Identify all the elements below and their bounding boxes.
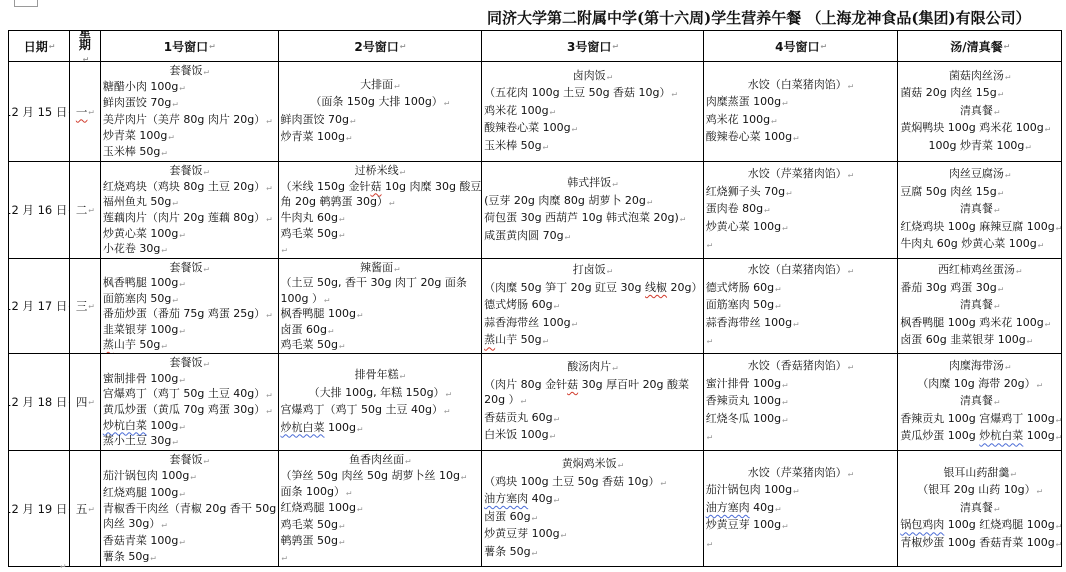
menu-cell: 过桥米线↵（米线 150g 金针菇 10g 肉糜 30g 酸豆角 20g 鹌鹑蛋… (278, 161, 482, 258)
return-mark: ↵ (646, 197, 652, 207)
return-mark: ↵ (781, 415, 787, 425)
menu-cell: 韩式拌饭↵(豆芽 20g 肉糜 80g 胡萝卜 20g↵荷包蛋 30g 西葫芦 … (481, 161, 703, 258)
menu-text: 100g ） (281, 292, 323, 305)
menu-line: 玉米棒 50g↵ (103, 144, 276, 160)
menu-text: 蒸 (484, 333, 495, 346)
menu-line: 菌菇肉丝汤↵ (900, 68, 1059, 86)
menu-cell: 水饺（白菜猪肉馅）↵德式烤肠 60g↵面筋塞肉 50g↵蒜香海带丝 100g↵↵ (703, 258, 898, 353)
return-mark: ↵ (208, 41, 214, 51)
menu-text: 酸辣卷心菜 100g (484, 121, 570, 134)
return-mark: ↵ (847, 362, 853, 372)
menu-cell: 水饺（芹菜猪肉馅）↵红烧狮子头 70g↵蛋肉卷 80g↵炒黄心菜 100g↵↵ (703, 161, 898, 258)
menu-text: （五花肉 100g 土豆 50g 香菇 10g） (484, 86, 670, 99)
return-mark: ↵ (671, 89, 677, 99)
return-mark: ↵ (393, 264, 399, 274)
menu-text: 排骨年糕 (355, 368, 399, 381)
menu-text: 水饺（白菜猪肉馅） (748, 263, 847, 276)
menu-text: 银耳山药甜羹 (943, 466, 1009, 479)
return-mark: ↵ (606, 72, 612, 82)
menu-line: 炒杭白菜 100g↵ (103, 418, 276, 434)
return-mark: ↵ (82, 54, 88, 61)
menu-text: 韩式拌饭 (567, 176, 611, 189)
menu-text: 山芋 50g (114, 338, 160, 351)
menu-line: 100g 炒青菜 100g↵ (900, 138, 1059, 156)
menu-line: 香菇青菜 100g↵ (103, 533, 276, 549)
menu-text: 套餐饭 (169, 261, 202, 274)
menu-line: 水饺（芹菜猪肉馅）↵ (706, 166, 896, 184)
return-mark: ↵ (1004, 170, 1010, 180)
menu-line: 牛肉丸 60g↵ (281, 210, 480, 226)
return-mark: ↵ (178, 326, 184, 336)
return-mark: ↵ (338, 521, 344, 531)
menu-text: 100g (1023, 429, 1054, 442)
menu-text: 白米饭 100g (484, 428, 548, 441)
header-label: 4号窗口 (775, 38, 819, 55)
return-mark: ↵ (792, 319, 798, 329)
menu-line: （笋丝 50g 肉丝 50g 胡萝卜丝 10g↵ (281, 468, 480, 484)
return-mark: ↵ (87, 205, 93, 215)
menu-text: 蜜制排骨 100g (103, 372, 178, 385)
menu-line: （大排 100g, 年糕 150g）↵ (281, 385, 480, 403)
menu-line: 红烧鸡腿 100g↵ (103, 485, 276, 501)
page-title: 同济大学第二附属中学(第十六周)学生营养午餐 （上海龙神食品(集团)有限公司） (487, 7, 1031, 28)
return-mark: ↵ (202, 167, 208, 177)
menu-line: 黄焖鸭块 100g 鸡米花 100g↵ (900, 120, 1059, 138)
return-mark: ↵ (160, 245, 166, 255)
header-label: 2号窗口 (354, 38, 398, 55)
menu-text: 炒黄心菜 100g (103, 227, 178, 240)
menu-text: 10g 肉糜 30g 酸豆 (381, 180, 481, 193)
menu-line: 卤蛋 60g 韭菜银芽 100g↵ (900, 332, 1059, 350)
return-mark: ↵ (189, 472, 195, 482)
return-mark: ↵ (997, 284, 1003, 294)
return-mark: ↵ (60, 561, 65, 571)
menu-text: 角 20g 鹌鹑蛋 30g） (281, 195, 388, 208)
menu-text: 大排面 (360, 78, 393, 91)
menu-text: 黄焖鸡米饭 (562, 457, 617, 470)
menu-line: 排骨年糕↵ (281, 367, 480, 385)
menu-line: 茄汁锅包肉 100g↵ (706, 482, 896, 500)
menu-line: 炒青菜 100g↵ (281, 129, 480, 147)
return-mark: ↵ (1055, 432, 1061, 442)
header-label: 1号窗口 (164, 38, 208, 55)
menu-line: 茄汁锅包肉 100g↵ (103, 468, 276, 484)
menu-text: 鲜肉蛋饺 70g (281, 113, 349, 126)
return-mark: ↵ (327, 326, 333, 336)
menu-text: 100g (147, 419, 178, 432)
menu-text: 荷包蛋 30g 西葫芦 10g 韩式泡菜 20g) (484, 211, 679, 224)
menu-text: 蒸 (103, 338, 114, 351)
menu-line: ↵ (706, 236, 896, 254)
menu-cell: 西红柿鸡丝蛋汤↵番茄 30g 鸡蛋 30g↵清真餐↵枫香鸭腿 100g 鸡米花 … (897, 258, 1061, 353)
menu-text: 肉丝豆腐汤 (949, 167, 1004, 180)
menu-line: 鸡毛菜 50g↵ (281, 337, 480, 353)
menu-text: 美芹肉片（美芹 80g 肉片 20g） (103, 113, 265, 126)
menu-line: 炒青菜 100g↵ (103, 128, 276, 144)
menu-line: 炒黄豆芽 100g↵ (484, 526, 701, 544)
menu-line: 卤肉饭↵ (484, 68, 701, 86)
menu-cell: 肉丝豆腐汤↵豆腐 50g 肉丝 15g↵清真餐↵红烧鸡块 100g 麻辣豆腐 1… (897, 161, 1061, 258)
menu-text: 面筋塞肉 50g (706, 298, 774, 311)
weekday-cell: 五↵ (69, 450, 100, 566)
return-mark: ↵ (443, 98, 449, 108)
menu-line: 大排面↵ (281, 77, 480, 95)
menu-text: 鸡米花 100g (484, 104, 548, 117)
return-mark: ↵ (345, 133, 351, 143)
menu-line: 鲜肉蛋饺 70g↵ (281, 112, 480, 130)
menu-text: 黄焖鸭块 100g 鸡米花 100g (900, 121, 1043, 134)
return-mark: ↵ (531, 513, 537, 523)
return-mark: ↵ (171, 198, 177, 208)
return-mark: ↵ (356, 424, 362, 434)
menu-text: 茄汁锅包肉 100g (103, 469, 189, 482)
menu-line: 辣酱面↵ (281, 260, 480, 276)
menu-cell: 卤肉饭↵（五花肉 100g 土豆 50g 香菇 10g）↵鸡米花 100g↵酸辣… (481, 61, 703, 161)
menu-text: 青椒香干肉丝（青椒 20g 香干 50g (103, 502, 276, 515)
header-cell-7: 汤/清真餐↵ (897, 31, 1061, 61)
return-mark: ↵ (553, 495, 559, 505)
return-mark: ↵ (178, 279, 184, 289)
menu-text: （米线 150g 金针 (281, 180, 371, 193)
menu-line: 套餐饭↵ (103, 260, 276, 276)
return-mark: ↵ (542, 142, 548, 152)
return-mark: ↵ (847, 170, 853, 180)
menu-text: 红烧鸡块 100g 麻辣豆腐 100g (900, 220, 1054, 233)
menu-line: 水饺（白菜猪肉馅）↵ (706, 262, 896, 280)
return-mark: ↵ (1004, 72, 1010, 82)
return-mark: ↵ (265, 390, 271, 400)
menu-text: 黄瓜炒蛋 100g (900, 429, 979, 442)
menu-text: （土豆 50g, 香干 30g 肉丁 20g 面条 (281, 276, 467, 289)
return-mark: ↵ (349, 116, 355, 126)
return-mark: ↵ (993, 301, 999, 311)
return-mark: ↵ (774, 284, 780, 294)
return-mark: ↵ (1036, 486, 1042, 496)
menu-line: （肉糜 10g 海带 20g）↵ (900, 376, 1059, 394)
menu-text: 水饺（芹菜猪肉馅） (748, 466, 847, 479)
menu-text: 香菇贡丸 60g (484, 411, 552, 424)
return-mark: ↵ (792, 486, 798, 496)
date-text: 12 月 17 日 (9, 298, 67, 314)
menu-line: 枫香鸭腿 100g↵ (281, 306, 480, 322)
menu-line: 套餐饭↵ (103, 355, 276, 371)
return-mark: ↵ (542, 336, 548, 346)
return-mark: ↵ (1036, 380, 1042, 390)
return-mark: ↵ (345, 488, 351, 498)
return-mark: ↵ (770, 116, 776, 126)
header-label: 3号窗口 (567, 38, 611, 55)
menu-line: 香辣贡丸 100g↵ (706, 393, 896, 411)
return-mark: ↵ (1003, 41, 1009, 51)
menu-text: 100g (325, 421, 356, 434)
menu-line: （银耳 20g 山药 10g）↵ (900, 482, 1059, 500)
menu-line: 青椒炒蛋 100g 香菇青菜 100g↵ (900, 535, 1059, 553)
menu-line: 咸蛋黄肉圆 70g↵ (484, 228, 701, 246)
return-mark: ↵ (399, 41, 405, 51)
menu-cell: 银耳山药甜羹↵（银耳 20g 山药 10g）↵清真餐↵锅包鸡肉 100g 红烧鸡… (897, 450, 1061, 566)
return-mark: ↵ (1055, 539, 1061, 549)
return-mark: ↵ (1037, 240, 1043, 250)
menu-text: （面条 150g 大排 100g） (310, 95, 442, 108)
menu-text: 炒黄豆芽 100g (706, 518, 781, 531)
return-mark: ↵ (160, 341, 166, 351)
menu-text: 酸辣卷心菜 100g (706, 130, 792, 143)
menu-line: 美芹肉片（美芹 80g 肉片 20g）↵ (103, 112, 276, 128)
menu-line: 蒜香海带丝 100g↵ (706, 315, 896, 333)
return-mark: ↵ (265, 214, 271, 224)
menu-text: （肉糜 50g 笋丁 20g 豇豆 30g (484, 281, 645, 294)
return-mark: ↵ (1026, 336, 1032, 346)
menu-text: 枫香鸭腿 100g 鸡米花 100g (900, 316, 1043, 329)
header-label: 星期↵ (78, 31, 91, 61)
menu-line: 过桥米线↵ (281, 163, 480, 179)
menu-line: 蛋肉卷 80g↵ (706, 201, 896, 219)
weekday-cell: 一↵ (69, 61, 100, 161)
return-mark: ↵ (149, 553, 155, 563)
return-mark: ↵ (87, 504, 93, 514)
return-mark: ↵ (531, 548, 537, 558)
menu-cell: 套餐饭↵糖醋小肉 100g↵鲜肉蛋饺 70g↵美芹肉片（美芹 80g 肉片 20… (100, 61, 278, 161)
menu-line: 番茄 30g 鸡蛋 30g↵ (900, 280, 1059, 298)
menu-text: 蛋肉卷 80g (706, 202, 763, 215)
menu-text: 炒青菜 100g (281, 130, 345, 143)
menu-line: 清真餐↵ (900, 297, 1059, 315)
return-mark: ↵ (606, 266, 612, 276)
menu-line: （面条 150g 大排 100g）↵ (281, 94, 480, 112)
table-row: 12 月 16 日↵二↵套餐饭↵红烧鸡块（鸡块 80g 土豆 20g）↵福州鱼丸… (9, 161, 1061, 258)
header-label: 汤/清真餐 (950, 38, 1002, 55)
clipped-shape (14, 0, 38, 7)
menu-line: ↵ (706, 332, 896, 350)
menu-line: 炒黄豆芽 100g↵ (706, 517, 896, 535)
return-mark: ↵ (178, 375, 184, 385)
menu-text: 炒杭白菜 (103, 419, 147, 432)
table-row: 12 月 17 日↵三↵套餐饭↵枫香鸭腿 100g↵面筋塞肉 50g↵番茄炒蛋（… (9, 258, 1061, 353)
menu-line: 肉丝 30g）↵ (103, 516, 276, 532)
menu-line: (豆芽 20g 肉糜 80g 胡萝卜 20g↵ (484, 193, 701, 211)
menu-line: 青椒香干肉丝（青椒 20g 香干 50g (103, 501, 276, 517)
menu-line: 炒杭白菜 100g↵ (281, 420, 480, 438)
return-mark: ↵ (202, 67, 208, 77)
menu-text: 面筋塞肉 50g (103, 292, 171, 305)
return-mark: ↵ (460, 472, 466, 482)
menu-text: 山芋 50g (495, 333, 541, 346)
menu-text: 清真餐 (960, 202, 993, 215)
menu-line: 清真餐↵ (900, 393, 1059, 411)
return-mark: ↵ (993, 107, 999, 117)
menu-line: 枫香鸭腿 100g↵ (103, 275, 276, 291)
menu-line: 鹌鹑蛋 50g↵ (281, 533, 480, 549)
menu-cell: 水饺（芹菜猪肉馅）↵茄汁锅包肉 100g↵油方塞肉 40g↵炒黄豆芽 100g↵… (703, 450, 898, 566)
menu-line: ↵ (281, 241, 480, 257)
return-mark: ↵ (202, 359, 208, 369)
menu-text: 鹌鹑蛋 50g (281, 534, 338, 547)
menu-line: 鱼香肉丝面↵ (281, 452, 480, 468)
table-row: 12 月 19 日↵五↵套餐饭↵茄汁锅包肉 100g↵红烧鸡腿 100g↵青椒香… (9, 450, 1061, 566)
menu-text: 豆腐 50g 肉丝 15g (900, 185, 996, 198)
header-label: 日期 (24, 38, 48, 55)
menu-line: 豆腐 50g 肉丝 15g↵ (900, 184, 1059, 202)
return-mark: ↵ (571, 319, 577, 329)
menu-text: 糖醋小肉 100g (103, 80, 178, 93)
menu-line: 德式烤肠 60g↵ (484, 297, 701, 315)
return-mark: ↵ (338, 214, 344, 224)
menu-line: 面筋塞肉 50g↵ (706, 297, 896, 315)
menu-line: 油方塞肉 40g↵ (484, 491, 701, 509)
menu-line: 蒸山芋 50g↵ (484, 332, 701, 350)
menu-text: 100g 炒青菜 100g (928, 139, 1024, 152)
date-text: 12 月 19 日 (9, 501, 67, 517)
menu-cell: 套餐饭↵茄汁锅包肉 100g↵红烧鸡腿 100g↵青椒香干肉丝（青椒 20g 香… (100, 450, 278, 566)
table-row: 12 月 15 日↵一↵套餐饭↵糖醋小肉 100g↵鲜肉蛋饺 70g↵美芹肉片（… (9, 61, 1061, 161)
menu-text: 20g） (667, 281, 702, 294)
menu-text: 牛肉丸 60g 炒黄心菜 100g (900, 237, 1036, 250)
menu-text: 炒杭白菜 (281, 421, 325, 434)
menu-line: 香菇贡丸 60g↵ (484, 410, 701, 428)
return-mark: ↵ (265, 310, 271, 320)
menu-line: （米线 150g 金针菇 10g 肉糜 30g 酸豆 (281, 179, 480, 195)
menu-line: 蒸小土豆 30g↵ (103, 433, 276, 449)
menu-text: 玉米棒 50g (484, 139, 541, 152)
return-mark: ↵ (611, 363, 617, 373)
header-cell-1: 日期↵ (9, 31, 69, 61)
menu-text: 香菇青菜 100g (103, 534, 178, 547)
menu-text: 卤蛋 60g (484, 510, 530, 523)
menu-line: （土豆 50g, 香干 30g 肉丁 20g 面条 (281, 275, 480, 291)
menu-line: 红烧鸡块 100g 麻辣豆腐 100g↵ (900, 219, 1059, 237)
menu-line: 荷包蛋 30g 西葫芦 10g 韩式泡菜 20g)↵ (484, 210, 701, 228)
menu-line: （鸡块 100g 土豆 50g 香菇 10g）↵ (484, 474, 701, 492)
menu-line: 清真餐↵ (900, 103, 1059, 121)
return-mark: ↵ (781, 380, 787, 390)
menu-text: 薯条 50g (103, 550, 149, 563)
return-mark: ↵ (792, 133, 798, 143)
menu-line: （五花肉 100g 土豆 50g 香菇 10g）↵ (484, 85, 701, 103)
menu-line: 水饺（芹菜猪肉馅）↵ (706, 465, 896, 483)
return-mark: ↵ (356, 504, 362, 514)
menu-text: 蒸小土豆 30g (103, 434, 171, 447)
menu-line: 蒜香海带丝 100g↵ (484, 315, 701, 333)
menu-line: ↵ (706, 428, 896, 446)
return-mark: ↵ (265, 406, 271, 416)
menu-line: 清真餐↵ (900, 500, 1059, 518)
menu-line: 鸡米花 100g↵ (484, 103, 701, 121)
return-mark: ↵ (781, 223, 787, 233)
menu-text: 红烧冬瓜 100g (706, 412, 781, 425)
menu-text: 香辣贡丸 100g (706, 394, 781, 407)
menu-text: 40g (750, 501, 774, 514)
menu-table: 日期↵星期↵1号窗口↵2号窗口↵3号窗口↵4号窗口↵汤/清真餐↵12 月 15 … (8, 30, 1062, 567)
menu-text: 肉糜海带汤 (949, 359, 1004, 372)
return-mark: ↵ (1024, 142, 1030, 152)
menu-cell: 酸汤肉片↵（肉片 80g 金针菇 30g 厚百叶 20g 酸菜20g ）↵香菇贡… (481, 353, 703, 450)
menu-text: 清真餐 (960, 104, 993, 117)
menu-text: 油方塞肉 (706, 501, 750, 514)
menu-line: 菌菇 20g 肉丝 15g↵ (900, 85, 1059, 103)
menu-line: 红烧冬瓜 100g↵ (706, 411, 896, 429)
menu-line: 莲藕肉片（肉片 20g 莲藕 80g）↵ (103, 210, 276, 226)
menu-text: 辣酱面 (360, 261, 393, 274)
menu-text: 宫爆鸡丁（鸡丁 50g 土豆 40g） (281, 403, 443, 416)
menu-text: （笋丝 50g 肉丝 50g 胡萝卜丝 10g (281, 469, 460, 482)
menu-text: 番茄 30g 鸡蛋 30g (900, 281, 996, 294)
menu-cell: 打卤饭↵（肉糜 50g 笋丁 20g 豇豆 30g 线椒 20g）↵德式烤肠 6… (481, 258, 703, 353)
menu-line: 蜜制排骨 100g↵ (103, 371, 276, 387)
date-cell: 12 月 15 日↵ (9, 61, 69, 161)
menu-text: 鲜肉蛋饺 70g (103, 96, 171, 109)
menu-line: 番茄炒蛋（番茄 75g 鸡蛋 25g）↵ (103, 306, 276, 322)
return-mark: ↵ (404, 456, 410, 466)
menu-line: 薯条 50g↵ (484, 544, 701, 562)
return-mark: ↵ (993, 504, 999, 514)
return-mark: ↵ (87, 397, 93, 407)
menu-text: 肉糜蒸蛋 100g (706, 95, 781, 108)
return-mark: ↵ (763, 205, 769, 215)
menu-text: 油方塞肉 (484, 492, 528, 505)
menu-text: 蒜香海带丝 100g (706, 316, 792, 329)
weekday-text: 二 (76, 202, 88, 218)
menu-line: 20g ）↵ (484, 392, 701, 410)
return-mark: ↵ (399, 371, 405, 381)
return-mark: ↵ (443, 406, 449, 416)
menu-text: 30g 厚百叶 20g 酸菜 (578, 378, 689, 391)
return-mark: ↵ (549, 431, 555, 441)
menu-text: 清真餐 (960, 501, 993, 514)
menu-cell: 黄焖鸡米饭↵（鸡块 100g 土豆 50g 香菇 10g）↵油方塞肉 40g↵卤… (481, 450, 703, 566)
menu-line: 玉米棒 50g↵ (484, 138, 701, 156)
menu-text: 小花卷 30g (103, 242, 160, 255)
menu-line: 鲜肉蛋饺 70g↵ (103, 95, 276, 111)
return-mark: ↵ (560, 530, 566, 540)
return-mark: ↵ (847, 266, 853, 276)
menu-text: 水饺（白菜猪肉馅） (748, 78, 847, 91)
menu-text: 红烧鸡腿 100g (103, 486, 178, 499)
return-mark: ↵ (819, 41, 825, 51)
menu-text: 黄瓜炒蛋（黄瓜 70g 鸡蛋 30g） (103, 403, 265, 416)
return-mark: ↵ (338, 537, 344, 547)
return-mark: ↵ (338, 230, 344, 240)
menu-text: 菇 (567, 378, 578, 391)
return-mark: ↵ (171, 437, 177, 447)
menu-cell: 菌菇肉丝汤↵菌菇 20g 肉丝 15g↵清真餐↵黄焖鸭块 100g 鸡米花 10… (897, 61, 1061, 161)
return-mark: ↵ (781, 521, 787, 531)
menu-text: 蒜香海带丝 100g (484, 316, 570, 329)
return-mark: ↵ (993, 397, 999, 407)
menu-text: 过桥米线 (355, 164, 399, 177)
menu-text: （肉糜 10g 海带 20g） (917, 377, 1035, 390)
menu-line: 肉糜海带汤↵ (900, 358, 1059, 376)
menu-text: （银耳 20g 山药 10g） (917, 483, 1035, 496)
header-cell-2: 星期↵ (69, 31, 100, 61)
menu-text: 水饺（香菇猪肉馅） (748, 359, 847, 372)
menu-line: 酸辣卷心菜 100g↵ (706, 129, 896, 147)
return-mark: ↵ (178, 489, 184, 499)
return-mark: ↵ (178, 83, 184, 93)
menu-cell: 大排面↵（面条 150g 大排 100g）↵鲜肉蛋饺 70g↵炒青菜 100g↵ (278, 61, 482, 161)
return-mark: ↵ (1055, 521, 1061, 531)
weekday-text: 五 (76, 501, 88, 517)
menu-line: 糖醋小肉 100g↵ (103, 79, 276, 95)
menu-line: 宫爆鸡丁（鸡丁 50g 土豆 40g）↵ (103, 386, 276, 402)
menu-line: 炒黄心菜 100g↵ (103, 226, 276, 242)
menu-line: 卤蛋 60g↵ (281, 322, 480, 338)
menu-line: 红烧狮子头 70g↵ (706, 184, 896, 202)
menu-text: 20g ） (484, 393, 519, 406)
return-mark: ↵ (202, 264, 208, 274)
menu-line: 油方塞肉 40g↵ (706, 500, 896, 518)
return-mark: ↵ (356, 310, 362, 320)
menu-text: 线椒 (645, 281, 667, 294)
